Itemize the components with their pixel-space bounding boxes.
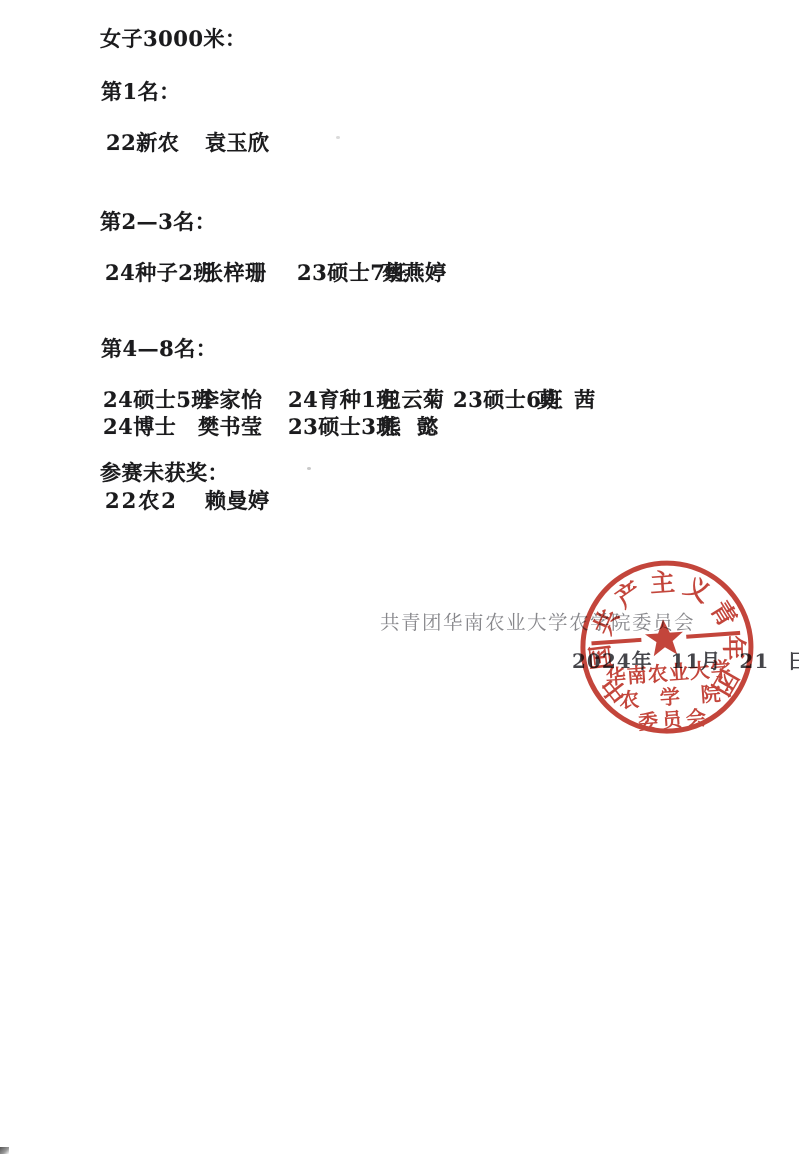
rank2-3-class-1: 24种子2班 [105, 261, 215, 284]
rank2-3-name-1: 张梓珊 [202, 261, 267, 284]
scan-speck [336, 136, 340, 139]
rank4-8-heading: 第4—8名： [101, 337, 217, 360]
red-star-icon [644, 618, 684, 657]
event-title: 女子3000米： [100, 27, 246, 50]
rank4-8-r2-class-1: 24博士 [103, 415, 176, 438]
rank4-8-r2-name-1: 樊书莹 [198, 415, 263, 438]
rank1-name: 袁玉欣 [205, 131, 270, 154]
official-seal: 中国共产主义青年团 华南农业大学 农 学 院 委员会 [570, 550, 766, 746]
no-award-class: 22农2 [105, 489, 178, 512]
rank4-8-r1-name-2: 包云菊 [380, 388, 445, 411]
seal-committee-name: 委员会 [637, 705, 710, 734]
seal-left-line [591, 638, 641, 645]
rank4-8-r2-name-2: 熊 懿 [380, 415, 439, 438]
rank4-8-r1-name-3: 莫 茜 [537, 388, 596, 411]
rank4-8-r1-class-1: 24硕士5班 [103, 388, 213, 411]
document-page: 女子3000米： 第1名： 22新农 袁玉欣 第2—3名： 24种子2班 张梓珊… [0, 0, 799, 1154]
seal-arc-char: 主 [649, 567, 676, 598]
rank1-class: 22新农 [106, 131, 179, 154]
no-award-heading: 参赛未获奖： [100, 461, 229, 484]
rank2-3-name-2: 蔡燕婷 [382, 261, 447, 284]
scan-speck [307, 467, 311, 470]
rank2-3-heading: 第2—3名： [100, 210, 216, 233]
rank1-heading: 第1名： [101, 80, 181, 103]
rank4-8-r1-name-1: 李家怡 [198, 388, 263, 411]
scan-corner-mark [0, 1147, 9, 1154]
no-award-name: 赖曼婷 [205, 489, 270, 512]
